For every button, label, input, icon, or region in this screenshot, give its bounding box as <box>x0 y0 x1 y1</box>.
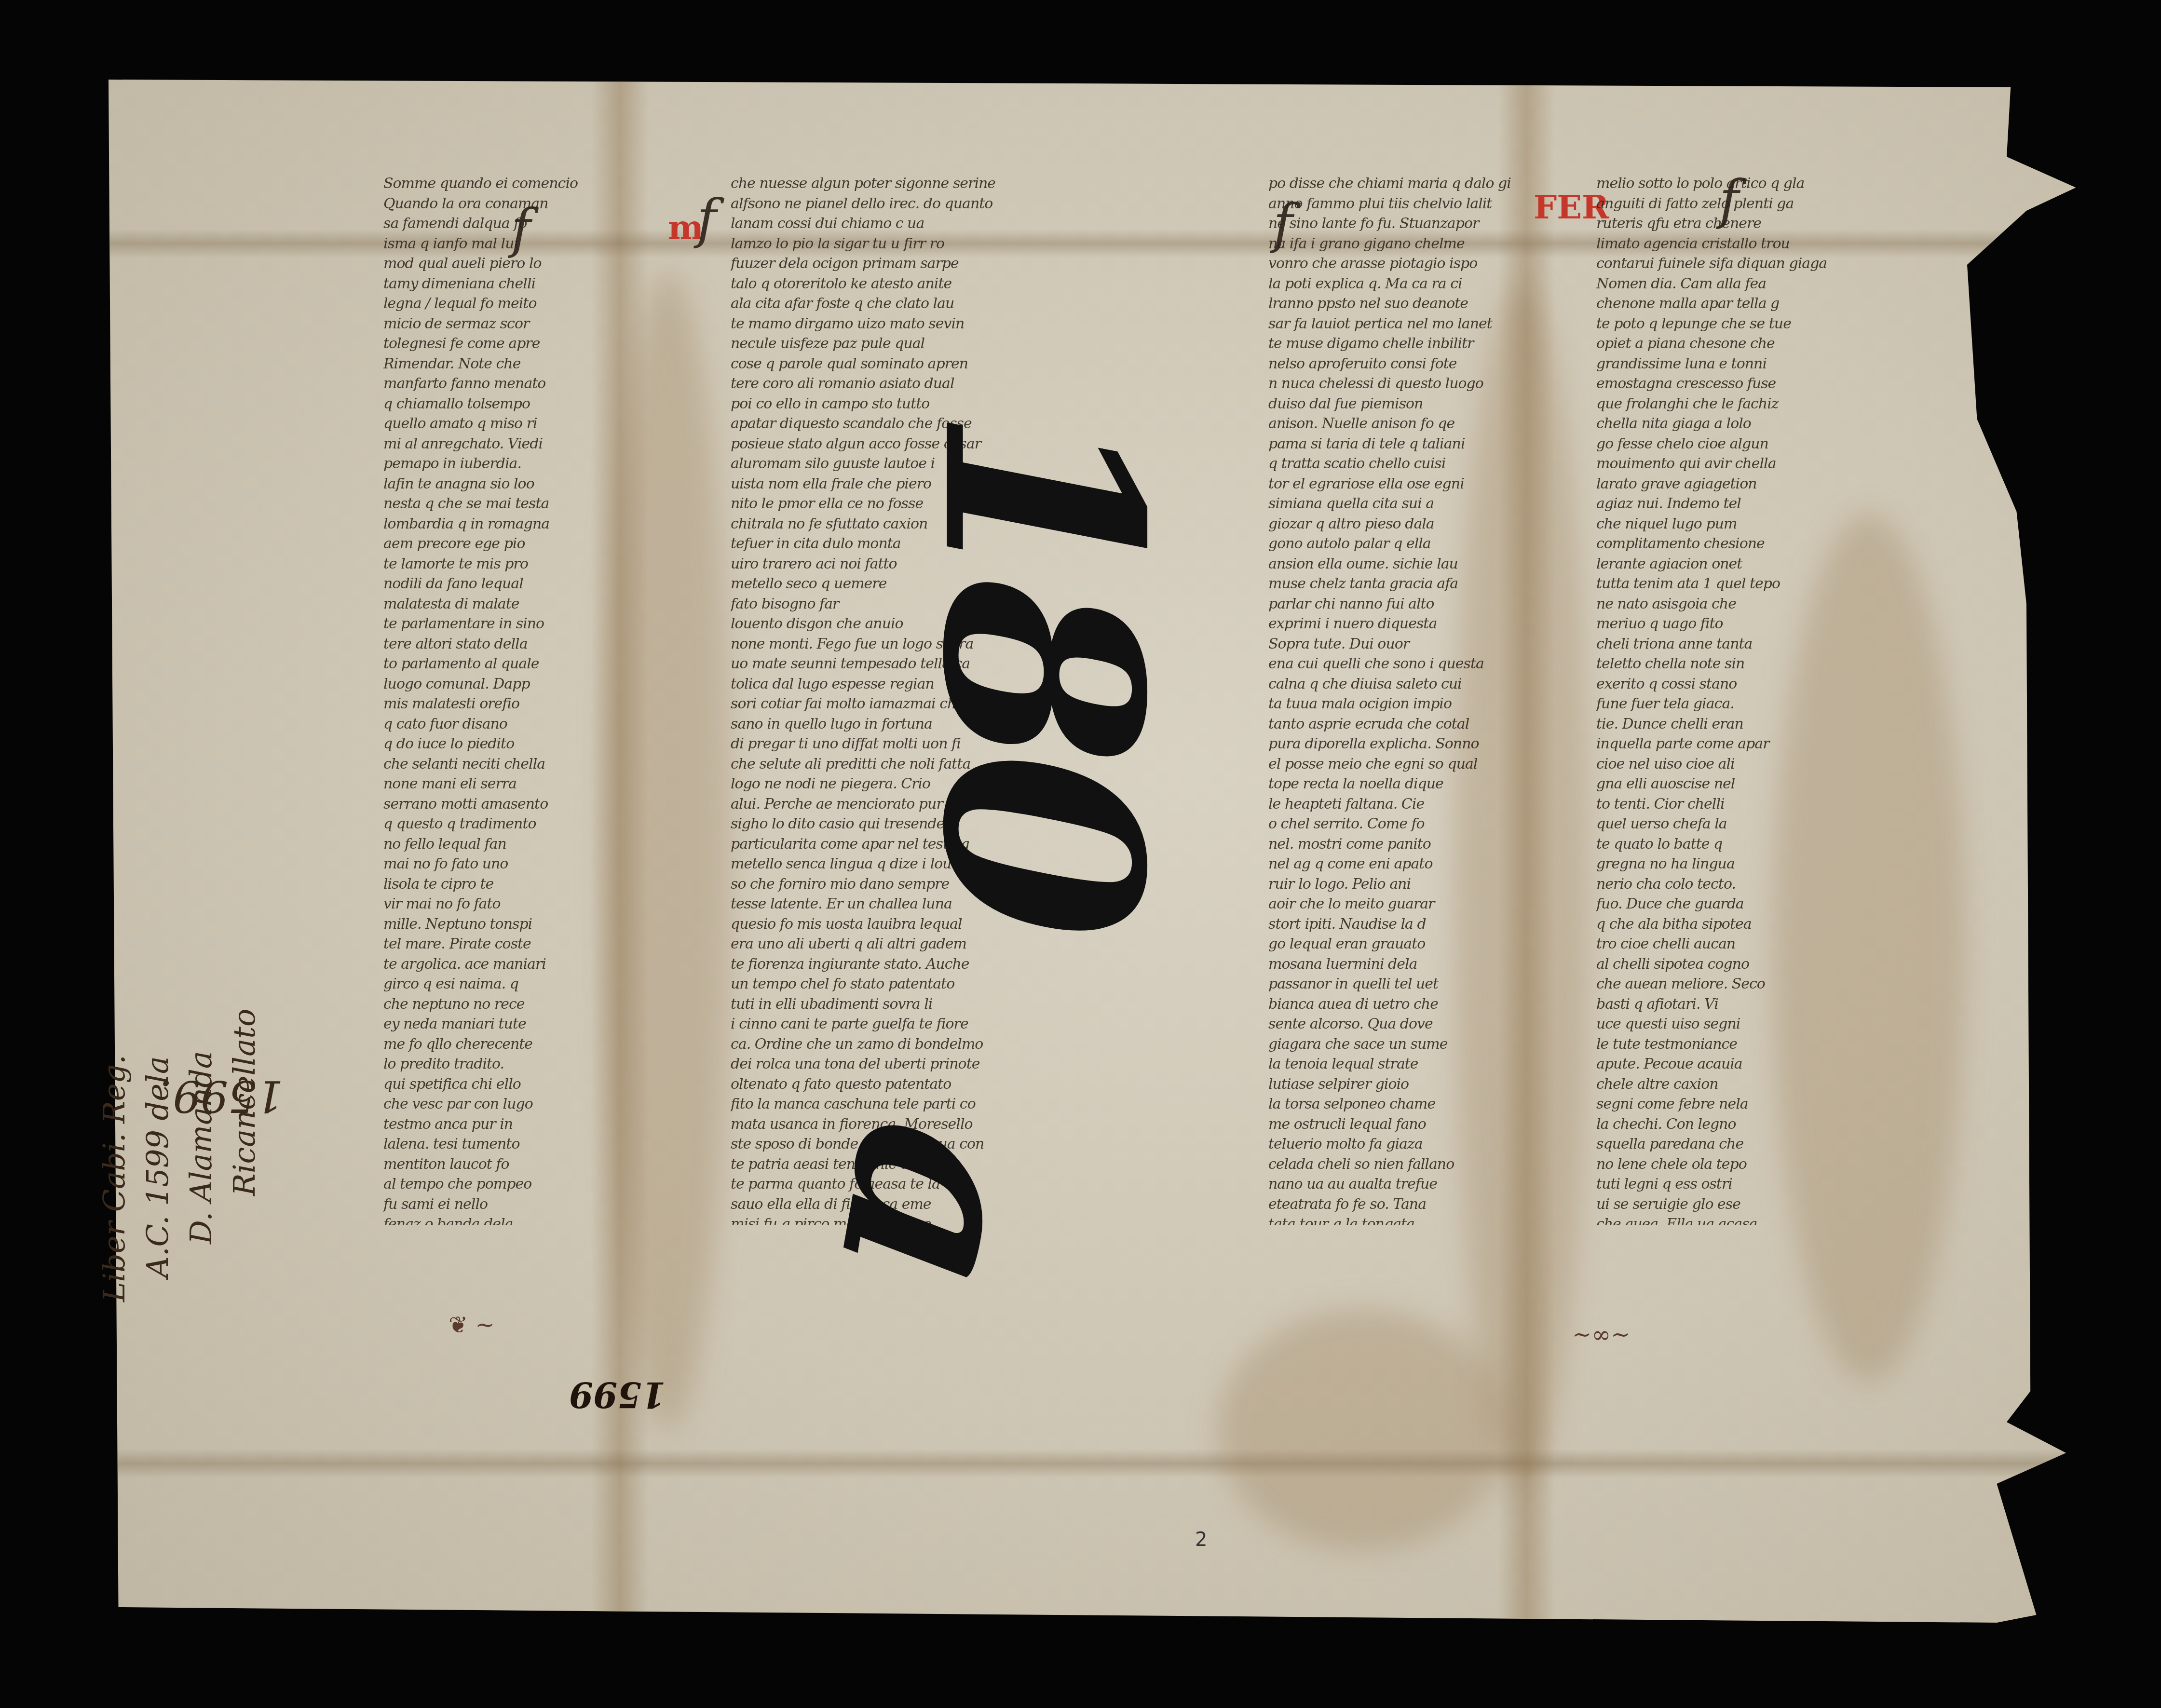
manuscript-line: stort ipiti. Naudise la d <box>1268 914 1563 935</box>
manuscript-line: uce questi uiso segni <box>1596 1014 1895 1034</box>
manuscript-line: na ifa i grano gigano chelme <box>1268 234 1563 254</box>
manuscript-line: none mani eli serra <box>383 774 653 794</box>
manuscript-line: bianca auea di uetro che <box>1268 994 1563 1015</box>
manuscript-line: Somme quando ei comencio <box>383 174 653 194</box>
manuscript-line: tere altori stato della <box>383 634 653 654</box>
manuscript-line: mi al anregchato. Viedi <box>383 434 653 454</box>
manuscript-line: tuti in elli ubadimenti sovra li <box>731 994 1039 1015</box>
manuscript-line: celada cheli so nien fallano <box>1268 1154 1563 1175</box>
manuscript-line: opiet a piana chesone che <box>1596 334 1895 354</box>
manuscript-line: te quato lo batte q <box>1596 834 1895 854</box>
manuscript-line: segni come febre nela <box>1596 1094 1895 1114</box>
manuscript-line: pama si taria di tele q taliani <box>1268 434 1563 454</box>
manuscript-line: ne sino lante fo fu. Stuanzapor <box>1268 214 1563 234</box>
manuscript-line: vir mai no fo fato <box>383 894 653 914</box>
manuscript-line: po disse che chiami maria q dalo gi <box>1268 174 1563 194</box>
text-column-1: Somme quando ei comencioQuando la ora co… <box>383 174 653 1225</box>
manuscript-line: el posse meio che egni so qual <box>1268 754 1563 774</box>
manuscript-line: le tute testmoniance <box>1596 1034 1895 1055</box>
manuscript-line: mosana luermini dela <box>1268 954 1563 975</box>
manuscript-line: Quando la ora conaman <box>383 194 653 214</box>
manuscript-line: mille. Neptuno tonspi <box>383 914 653 935</box>
manuscript-line: era uno ali uberti q ali altri gadem <box>731 934 1039 954</box>
manuscript-line: tope recta la noella dique <box>1268 774 1563 794</box>
manuscript-line: te poto q lepunge che se tue <box>1596 314 1895 334</box>
manuscript-line: chella nita giaga a lolo <box>1596 414 1895 434</box>
manuscript-line: gono autolo palar q ella <box>1268 534 1563 554</box>
manuscript-line: lanam cossi dui chiamo c ua <box>731 214 1039 234</box>
manuscript-line: ruteris qfu etra chenere <box>1596 214 1895 234</box>
manuscript-line: giagara che sace un sume <box>1268 1034 1563 1055</box>
manuscript-line: lo predito tradito. <box>383 1054 653 1074</box>
manuscript-line: gregna no ha lingua <box>1596 854 1895 874</box>
manuscript-line: o chel serrito. Come fo <box>1268 814 1563 834</box>
manuscript-line: giozar q altro pieso dala <box>1268 514 1563 534</box>
manuscript-line: Nomen dia. Cam alla fea <box>1596 274 1895 294</box>
manuscript-line: nel ag q come eni apato <box>1268 854 1563 874</box>
manuscript-line: to tenti. Cior chelli <box>1596 794 1895 814</box>
manuscript-line: quello amato q miso ri <box>383 414 653 434</box>
manuscript-line: aem precore ege pio <box>383 534 653 554</box>
manuscript-line: dei rolca una tona del uberti prinote <box>731 1054 1039 1074</box>
ownership-note-line4: Ricancellato <box>227 993 262 1196</box>
manuscript-line: basti q afiotari. Vi <box>1596 994 1895 1015</box>
manuscript-line: qui spetifica chi ello <box>383 1074 653 1095</box>
manuscript-line: girco q esi naima. q <box>383 974 653 994</box>
manuscript-line: pemapo in iuberdia. <box>383 454 653 474</box>
manuscript-line: to parlamento al quale <box>383 654 653 674</box>
manuscript-line: tata tour q la tongata <box>1268 1214 1563 1225</box>
manuscript-line: la torsa selponeo chame <box>1268 1094 1563 1114</box>
manuscript-line: sente alcorso. Qua dove <box>1268 1014 1563 1034</box>
manuscript-line: limato agencia cristallo trou <box>1596 234 1895 254</box>
manuscript-line: anison. Nuelle anison fo qe <box>1268 414 1563 434</box>
manuscript-line: che auean meliore. Seco <box>1596 974 1895 994</box>
manuscript-line: nodili da fano lequal <box>383 574 653 594</box>
manuscript-line: che nuesse algun poter sigonne serine <box>731 174 1039 194</box>
manuscript-line: serrano motti amasento <box>383 794 653 814</box>
large-number-180: 180 <box>883 405 1200 925</box>
manuscript-line: testmo anca pur in <box>383 1114 653 1135</box>
manuscript-line: cheli triona anne tanta <box>1596 634 1895 654</box>
manuscript-line: parlar chi nanno fui alto <box>1268 594 1563 614</box>
manuscript-line: squella paredana che <box>1596 1134 1895 1154</box>
manuscript-line: lerante agiacion onet <box>1596 554 1895 574</box>
manuscript-line: ey neda maniari tute <box>383 1014 653 1034</box>
manuscript-line: fenaz o banda dela <box>383 1214 653 1225</box>
manuscript-line: lutiase selpirer gioio <box>1268 1074 1563 1095</box>
manuscript-line: tuti legni q ess ostri <box>1596 1174 1895 1194</box>
manuscript-line: mouimento qui avir chella <box>1596 454 1895 474</box>
manuscript-line: isma q ianfo mal lui <box>383 234 653 254</box>
ownership-note-line3: D. Alamanda <box>183 1042 218 1244</box>
manuscript-line: passanor in quelli tel uet <box>1268 974 1563 994</box>
manuscript-line: meriuo q uago fito <box>1596 614 1895 634</box>
manuscript-line: teluerio molto fa giaza <box>1268 1134 1563 1154</box>
manuscript-line: nel. mostri come panito <box>1268 834 1563 854</box>
manuscript-line: aoir che lo meito guarar <box>1268 894 1563 914</box>
horizontal-fold-bottom <box>109 1449 2086 1478</box>
manuscript-line: no fello lequal fan <box>383 834 653 854</box>
manuscript-line: exprimi i nuero diquesta <box>1268 614 1563 634</box>
manuscript-line: teletto chella note sin <box>1596 654 1895 674</box>
ownership-note-line1: Liber Cabi. Reg. <box>96 1051 132 1302</box>
manuscript-line: me fo qllo cherecente <box>383 1034 653 1055</box>
manuscript-line: q cato fuor disano <box>383 714 653 734</box>
manuscript-line: eteatrata fo fe so. Tana <box>1268 1194 1563 1215</box>
manuscript-line: tro cioe chelli aucan <box>1596 934 1895 954</box>
manuscript-line: nelso aproferuito consi fote <box>1268 354 1563 374</box>
manuscript-line: agiaz nui. Indemo tel <box>1596 494 1895 514</box>
page-number: 2 <box>1195 1529 1207 1551</box>
manuscript-line: le heapteti faltana. Cie <box>1268 794 1563 814</box>
manuscript-line: te lamorte te mis pro <box>383 554 653 574</box>
manuscript-line: fu sami ei nello <box>383 1194 653 1215</box>
manuscript-line: ca. Ordine che un zamo di bondelmo <box>731 1034 1039 1055</box>
manuscript-line: malatesta di malate <box>383 594 653 614</box>
manuscript-line: lafin te anagna sio loo <box>383 474 653 494</box>
manuscript-line: me ostrucli lequal fano <box>1268 1114 1563 1135</box>
manuscript-line: nesta q che se mai testa <box>383 494 653 514</box>
manuscript-line: tanto asprie ecruda che cotal <box>1268 714 1563 734</box>
manuscript-line: che selanti neciti chella <box>383 754 653 774</box>
manuscript-line: alfsono ne pianel dello irec. do quanto <box>731 194 1039 214</box>
manuscript-line: q chiamallo tolsempo <box>383 394 653 414</box>
manuscript-line: tie. Dunce chelli eran <box>1596 714 1895 734</box>
text-column-4: melio sotto lo polo artico q glaanguiti … <box>1596 174 1895 1225</box>
manuscript-line: go fesse chelo cioe algun <box>1596 434 1895 454</box>
manuscript-line: tamy dimeniana chelli <box>383 274 653 294</box>
manuscript-line: apute. Pecoue acauia <box>1596 1054 1895 1074</box>
manuscript-line: al chelli sipotea cogno <box>1596 954 1895 975</box>
manuscript-line: chenone malla apar tella g <box>1596 294 1895 314</box>
manuscript-line: fune fuer tela giaca. <box>1596 694 1895 714</box>
manuscript-line: che niquel lugo pum <box>1596 514 1895 534</box>
manuscript-line: exerito q cossi stano <box>1596 674 1895 694</box>
manuscript-line: micio de sermaz scor <box>383 314 653 334</box>
manuscript-line: duiso dal fue piemison <box>1268 394 1563 414</box>
manuscript-line: ta tuua mala ocigion impio <box>1268 694 1563 714</box>
manuscript-line: mentiton laucot fo <box>383 1154 653 1175</box>
manuscript-line: la tenoia lequal strate <box>1268 1054 1563 1074</box>
manuscript-line: ui se seruigie glo ese <box>1596 1194 1895 1215</box>
manuscript-line: che auea. Ella ua acasa <box>1596 1214 1895 1225</box>
manuscript-line: grandissime luna e tonni <box>1596 354 1895 374</box>
manuscript-line: fito la manca caschuna tele parti co <box>731 1094 1039 1114</box>
manuscript-line: contarui fuinele sifa diquan giaga <box>1596 254 1895 274</box>
manuscript-line: lalena. tesi tumento <box>383 1134 653 1154</box>
manuscript-line: luogo comunal. Dapp <box>383 674 653 694</box>
manuscript-line: te fiorenza ingiurante stato. Auche <box>731 954 1039 975</box>
manuscript-line: lranno ppsto nel suo deanote <box>1268 294 1563 314</box>
manuscript-line: no lene chele ola tepo <box>1596 1154 1895 1175</box>
manuscript-line: ruir lo logo. Pelio ani <box>1268 874 1563 895</box>
decorative-flourish-right: ~∞~ <box>1572 1321 1630 1348</box>
manuscript-line: go lequal eran grauato <box>1268 934 1563 954</box>
manuscript-line: simiana quella cita sui a <box>1268 494 1563 514</box>
manuscript-line: n nuca chelessi di questo luogo <box>1268 374 1563 394</box>
manuscript-line: mod qual aueli piero lo <box>383 254 653 274</box>
manuscript-line: muse chelz tanta gracia afa <box>1268 574 1563 594</box>
manuscript-line: melio sotto lo polo artico q gla <box>1596 174 1895 194</box>
water-stain <box>1218 1309 1507 1550</box>
manuscript-line: te mamo dirgamo uizo mato sevin <box>731 314 1039 334</box>
manuscript-line: emostagna crescesso fuse <box>1596 374 1895 394</box>
manuscript-line: nano ua au aualta trefue <box>1268 1174 1563 1194</box>
manuscript-line: q do iuce lo piedito <box>383 734 653 754</box>
manuscript-line: te parlamentare in sino <box>383 614 653 634</box>
manuscript-line: lamzo lo pio la sigar tu u firr ro <box>731 234 1039 254</box>
manuscript-line: cose q parole qual sominato apren <box>731 354 1039 374</box>
ownership-note-line2: A.C. 1599 dela <box>140 1046 175 1278</box>
year-annotation-margin: 1599. <box>159 1071 284 1121</box>
manuscript-line: larato grave agiagetion <box>1596 474 1895 494</box>
manuscript-line: q questo q tradimento <box>383 814 653 834</box>
manuscript-line: i cinno cani te parte guelfa te fiore <box>731 1014 1039 1034</box>
manuscript-line: mis malatesti orefio <box>383 694 653 714</box>
manuscript-line: mai no fo fato uno <box>383 854 653 874</box>
manuscript-line: complitamento chesione <box>1596 534 1895 554</box>
manuscript-line: legna / lequal fo meito <box>383 294 653 314</box>
manuscript-line: q che ala bitha sipotea <box>1596 914 1895 935</box>
manuscript-line: al tempo che pompeo <box>383 1174 653 1194</box>
text-column-3: po disse che chiami maria q dalo gianno … <box>1268 174 1563 1225</box>
manuscript-line: ansion ella oume. sichie lau <box>1268 554 1563 574</box>
manuscript-line: lisola te cipro te <box>383 874 653 895</box>
manuscript-line: che vesc par con lugo <box>383 1094 653 1114</box>
manuscript-line: manfarto fanno menato <box>383 374 653 394</box>
manuscript-line: tolegnesi fe come apre <box>383 334 653 354</box>
year-annotation-bottom: 1599 <box>569 1374 666 1415</box>
manuscript-line: inquella parte come apar <box>1596 734 1895 754</box>
manuscript-line: calna q che diuisa saleto cui <box>1268 674 1563 694</box>
manuscript-line: fuo. Duce che guarda <box>1596 894 1895 914</box>
manuscript-line: que frolanghi che le fachiz <box>1596 394 1895 414</box>
manuscript-line: nerio cha colo tecto. <box>1596 874 1895 895</box>
manuscript-line: gna elli auoscise nel <box>1596 774 1895 794</box>
manuscript-line: ne nato asisgoia che <box>1596 594 1895 614</box>
manuscript-line: un tempo chel fo stato patentato <box>731 974 1039 994</box>
manuscript-line: ena cui quelli che sono i questa <box>1268 654 1563 674</box>
manuscript-line: cioe nel uiso cioe ali <box>1596 754 1895 774</box>
manuscript-line: chele altre caxion <box>1596 1074 1895 1095</box>
manuscript-line: q tratta scatio chello cuisi <box>1268 454 1563 474</box>
manuscript-line: te muse digamo chelle inbilitr <box>1268 334 1563 354</box>
manuscript-line: tor el egrariose ella ose egni <box>1268 474 1563 494</box>
manuscript-line: anno fammo plui tiis chelvio lalit <box>1268 194 1563 214</box>
manuscript-line: ala cita afar foste q che clato lau <box>731 294 1039 314</box>
manuscript-line: talo q otoreritolo ke atesto anite <box>731 274 1039 294</box>
manuscript-line: te argolica. ace maniari <box>383 954 653 975</box>
manuscript-line: lombardia q in romagna <box>383 514 653 534</box>
manuscript-line: la poti explica q. Ma ca ra ci <box>1268 274 1563 294</box>
manuscript-line: la chechi. Con legno <box>1596 1114 1895 1135</box>
manuscript-line: fuuzer dela ocigon primam sarpe <box>731 254 1039 274</box>
manuscript-line: anguiti di fatto zelo plenti ga <box>1596 194 1895 214</box>
manuscript-line: Sopra tute. Dui ouor <box>1268 634 1563 654</box>
manuscript-line: sar fa lauiot pertica nel mo lanet <box>1268 314 1563 334</box>
manuscript-line: pura diporella explicha. Sonno <box>1268 734 1563 754</box>
manuscript-line: che neptuno no rece <box>383 994 653 1015</box>
manuscript-line: tutta tenim ata 1 quel tepo <box>1596 574 1895 594</box>
manuscript-line: tere coro ali romanio asiato dual <box>731 374 1039 394</box>
manuscript-line: oltenato q fato questo patentato <box>731 1074 1039 1095</box>
header-mark-col2: f <box>697 188 717 250</box>
decorative-flourish-left: ❦ ~ <box>449 1312 495 1339</box>
manuscript-line: Rimendar. Note che <box>383 354 653 374</box>
manuscript-line: sa famendi dalqua fo <box>383 214 653 234</box>
manuscript-line: necule uisfeze paz pule qual <box>731 334 1039 354</box>
manuscript-line: vonro che arasse piotagio ispo <box>1268 254 1563 274</box>
manuscript-line: quel uerso chefa la <box>1596 814 1895 834</box>
manuscript-line: tel mare. Pirate coste <box>383 934 653 954</box>
